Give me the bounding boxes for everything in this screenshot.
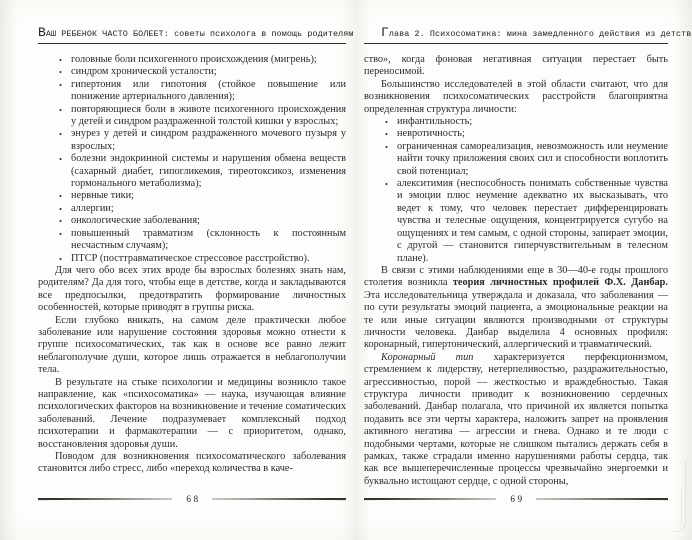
list-item: •синдром хронической усталости; (38, 66, 346, 78)
page-number-right: 69 (496, 493, 535, 505)
right-page-body: ство», когда фоновая негативная ситуация… (364, 54, 668, 488)
page-left: ВАШ РЕБЕНОК ЧАСТО БОЛЕЕТ: советы психоло… (38, 0, 346, 540)
book-spread: ВАШ РЕБЕНОК ЧАСТО БОЛЕЕТ: советы психоло… (0, 0, 692, 540)
list-item: •повторяющиеся боли в животе психогенног… (38, 104, 346, 129)
list-item-text: повышенный травматизм (склонность к пост… (71, 228, 346, 251)
bullet-icon: • (59, 215, 62, 227)
folio-rule-right (536, 498, 668, 501)
paragraph-trigger: Поводом для возникновения психосоматичес… (38, 451, 346, 476)
running-head-initial: В (38, 25, 46, 40)
folio-rule-right (212, 498, 346, 501)
bullet-icon: • (385, 141, 388, 153)
list-item-text: алекситимия (неспособность понимать собс… (397, 178, 668, 263)
bullet-icon: • (59, 79, 62, 91)
list-item-text: нервные тики; (71, 190, 134, 201)
list-item: •головные боли психогенного происхождени… (38, 54, 346, 66)
bullet-icon: • (385, 128, 388, 140)
left-running-head: ВАШ РЕБЕНОК ЧАСТО БОЛЕЕТ: советы психоло… (38, 25, 346, 44)
running-head-title: лава 2. Психосоматика: мина замедленного… (389, 29, 692, 39)
left-page-body: •головные боли психогенного происхождени… (38, 54, 346, 476)
bullet-icon: • (59, 203, 62, 215)
bullet-icon: • (385, 178, 388, 190)
illness-list: •головные боли психогенного происхождени… (38, 54, 346, 265)
list-item-text: гипертония или гипотония (стойкое повыше… (71, 79, 346, 102)
paragraph-dunbar-theory: В связи с этими наблюдениями еще в 30—40… (364, 265, 668, 352)
bullet-icon: • (59, 190, 62, 202)
page-edge-lines (673, 461, 686, 532)
list-item: •ограниченная самореализация, невозможно… (364, 141, 668, 178)
bullet-icon: • (59, 153, 62, 165)
left-folio: 68 (38, 493, 346, 505)
list-item-text: невротичность; (397, 128, 465, 139)
paragraph-any-illness: Если глубоко вникать, на самом деле прак… (38, 315, 346, 377)
list-item-text: инфантильность; (397, 116, 472, 127)
list-item: •нервные тики; (38, 190, 346, 202)
paragraph-coronary-type: Коронарный тип характеризуется перфекцио… (364, 352, 668, 488)
right-running-head: Глава 2. Психосоматика: мина замедленног… (364, 25, 668, 44)
bullet-icon: • (59, 54, 62, 66)
page-number-left: 68 (172, 493, 211, 505)
list-item: •инфантильность; (364, 116, 668, 128)
paragraph-psychosomatics-def: В результате на стыке психологии и медиц… (38, 377, 346, 451)
bullet-icon: • (59, 228, 62, 240)
list-item: •болезни эндокринной системы и нарушения… (38, 153, 346, 190)
list-item-text: онкологические заболевания; (71, 215, 200, 226)
folio-rule-left (38, 498, 172, 501)
list-item: •онкологические заболевания; (38, 215, 346, 227)
running-head-title: АШ РЕБЕНОК ЧАСТО БОЛЕЕТ: (46, 29, 174, 39)
list-item-text: повторяющиеся боли в животе психогенного… (71, 104, 346, 127)
list-item: •невротичность; (364, 128, 668, 140)
list-item-text: энурез у детей и синдром раздраженного м… (71, 128, 346, 151)
bullet-icon: • (59, 104, 62, 116)
right-folio: 69 (364, 493, 668, 505)
list-item-text: аллергии; (71, 203, 114, 214)
bullet-icon: • (59, 66, 62, 78)
coronary-type-text: характеризуется перфекционизмом, стремле… (364, 352, 668, 487)
list-item-text: ПТСР (посттравматическое стрессовое расс… (71, 253, 310, 264)
page-edge-lines (673, 489, 682, 529)
dunbar-post-text: Эта исследовательница утверждала и доказ… (364, 290, 668, 351)
running-head-initial: Г (381, 25, 389, 40)
folio-rule-left (364, 498, 496, 501)
list-item-text: головные боли психогенного происхождения… (71, 54, 317, 65)
list-item: •энурез у детей и синдром раздраженного … (38, 128, 346, 153)
running-head-subtitle: советы психолога в помощь родителям (174, 29, 353, 39)
list-item-text: синдром хронической усталости; (71, 66, 217, 77)
list-item: •алекситимия (неспособность понимать соб… (364, 178, 668, 265)
list-item: •ПТСР (посттравматическое стрессовое рас… (38, 253, 346, 265)
bullet-icon: • (59, 128, 62, 140)
list-item-text: болезни эндокринной системы и нарушения … (71, 153, 346, 189)
page-right: Глава 2. Психосоматика: мина замедленног… (364, 0, 668, 540)
paragraph-why-know: Для чего обо всех этих вроде бы взрослых… (38, 265, 346, 315)
dunbar-theory-title: теория личностных профилей Ф.Х. Данбар. (453, 277, 668, 288)
bullet-icon: • (385, 116, 388, 128)
list-item: •гипертония или гипотония (стойкое повыш… (38, 79, 346, 104)
list-item-text: ограниченная самореализация, невозможнос… (397, 141, 668, 177)
coronary-type-term: Коронарный тип (381, 352, 473, 363)
personality-traits-list: •инфантильность; •невротичность; •ограни… (364, 116, 668, 265)
bullet-icon: • (59, 253, 62, 265)
paragraph-continuation: ство», когда фоновая негативная ситуация… (364, 54, 668, 79)
list-item: •аллергии; (38, 203, 346, 215)
paragraph-personality-structure: Большинство исследователей в этой област… (364, 79, 668, 116)
list-item: •повышенный травматизм (склонность к пос… (38, 228, 346, 253)
